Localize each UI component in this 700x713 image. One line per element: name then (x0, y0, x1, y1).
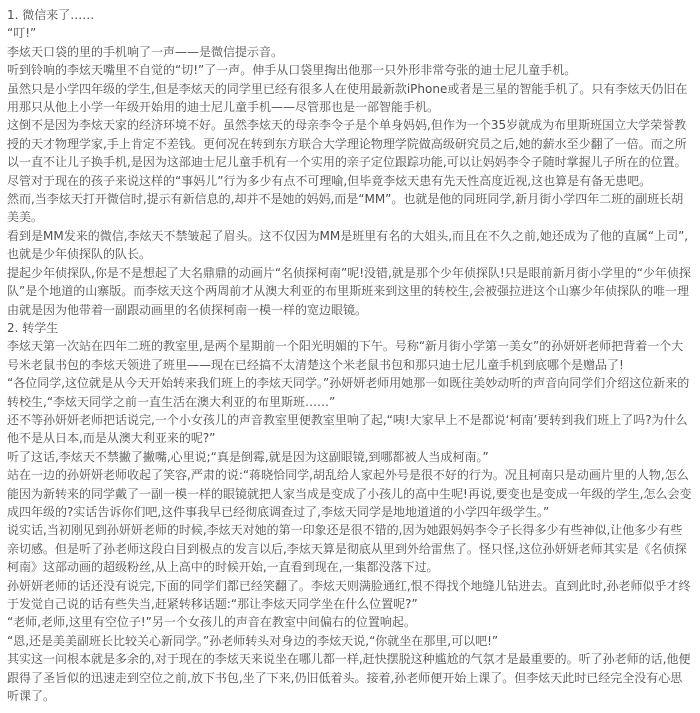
paragraph: 其实这一问根本就是多余的,对于现在的李炫天来说坐在哪儿都一样,赶快摆脱这种尴尬的… (7, 650, 693, 705)
paragraph: 说实话,当初刚见到孙妍妍老师的时候,李炫天对她的第一印象还是很不错的,因为她跟妈… (7, 521, 693, 576)
paragraph: “老师,老师,这里有空位子!”另一个女孩儿的声音在教室中间偏右的位置响起。 (7, 613, 693, 631)
paragraph: 然而,当李炫天打开微信时,提示有新信息的,却并不是她的妈妈,而是“MM”。也就是… (7, 190, 693, 227)
paragraph: 站在一边的孙妍妍老师收起了笑容,严肃的说:“蒋晓恰同学,胡乱给人家起外号是很不好… (7, 466, 693, 521)
chapter-heading-2: 2. 转学生 (7, 319, 693, 337)
paragraph: 还不等孙妍妍老师把话说完,一个小女孩儿的声音教室里便教室里响了起,“咦!大家早上… (7, 411, 693, 448)
paragraph: 这倒不是因为李炫天家的经济环境不好。虽然李炫天的母亲李令子是个单身妈妈,但作为一… (7, 116, 693, 190)
paragraph: 虽然只是小学四年级的学生,但是李炫天的同学里已经有很多人在使用最新款iPhone… (7, 80, 693, 117)
paragraph: 李炫天第一次站在四年二班的教室里,是两个星期前一个阳光明媚的下午。号称“新月街小… (7, 337, 693, 374)
novel-text-page: 1. 微信来了…… “叮!” 李炫天口袋的里的手机响了一声——是微信提示音。 听… (0, 0, 700, 713)
paragraph: 提起少年侦探队,你是不是想起了大名鼎鼎的动画片“名侦探柯南”呢!没错,就是那个少… (7, 264, 693, 319)
paragraph: 听到铃响的李炫天嘴里不自觉的“切!”了一声。伸手从口袋里掏出他那一只外形非常夸张… (7, 61, 693, 79)
paragraph: “各位同学,这位就是从今天开始转来我们班上的李炫天同学。”孙妍妍老师用她那一如既… (7, 374, 693, 411)
paragraph: 看到是MM发来的微信,李炫天不禁皱起了眉头。这不仅因为MM是班里有名的大姐头,而… (7, 227, 693, 264)
paragraph: 听了这话,李炫天不禁撇了撇嘴,心里说;“真是倒霉,就是因为这副眼镜,到哪都被人当… (7, 448, 693, 466)
paragraph: 孙妍妍老师的话还没有说完,下面的同学们都已经笑翻了。李炫天则满脸通红,恨不得找个… (7, 577, 693, 614)
paragraph: “叮!” (7, 24, 693, 42)
paragraph: “恩,还是美美副班长比较关心新同学。”孙老师转头对身边的李炫天说,“你就坐在那里… (7, 632, 693, 650)
chapter-heading-1: 1. 微信来了…… (7, 6, 693, 24)
paragraph: 李炫天口袋的里的手机响了一声——是微信提示音。 (7, 43, 693, 61)
